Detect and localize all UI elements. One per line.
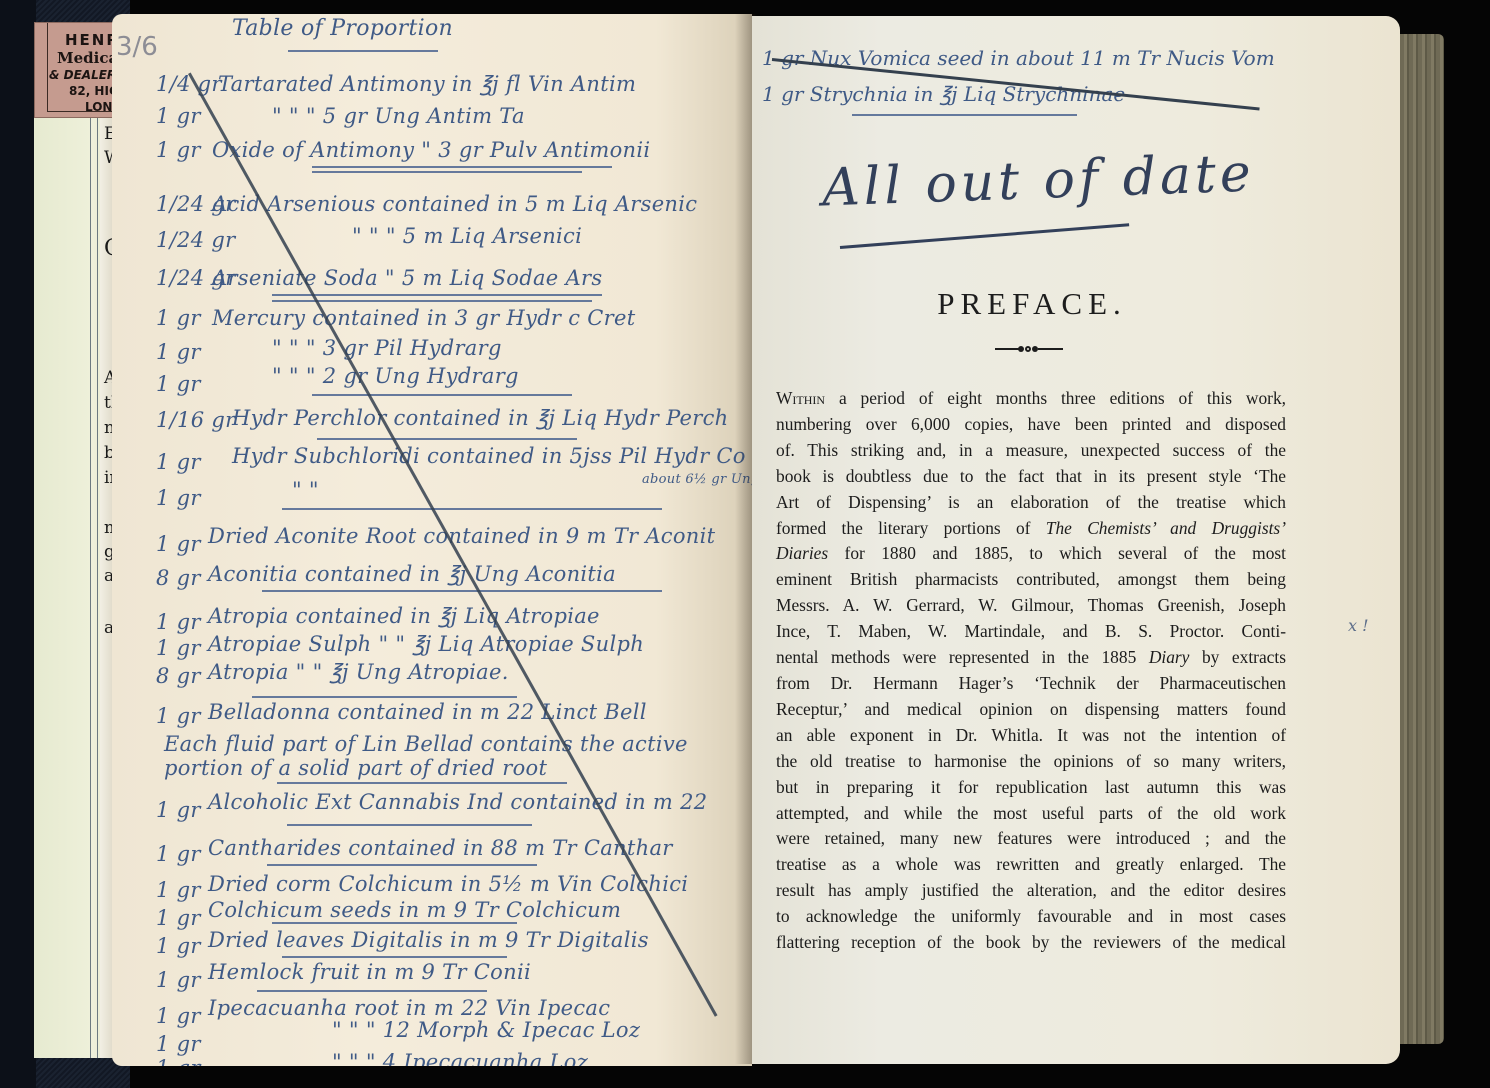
text-line: Receptur,’ and medical opinion on dispen… <box>776 697 1286 723</box>
entry-text: " " " 5 gr Ung Antim Ta <box>272 104 525 128</box>
ornament-divider <box>995 346 1063 352</box>
underline <box>287 824 532 826</box>
entry-dose: 8 gr <box>156 664 201 688</box>
underline <box>272 922 517 924</box>
label-line: Medica <box>57 49 118 67</box>
entry-text: " " " 2 gr Ung Hydrarg <box>272 364 519 388</box>
page-edges <box>1400 34 1444 1044</box>
text-line: result has amply justified the alteratio… <box>776 878 1286 904</box>
underline <box>312 394 572 396</box>
text-line: flattering reception of the book by the … <box>776 930 1286 956</box>
text-line: Messrs. A. W. Gerrard, W. Gilmour, Thoma… <box>776 593 1286 619</box>
struck-note: 1 gr Strychnia in ℥j Liq Strychninae <box>762 82 1125 106</box>
entry-text: Dried leaves Digitalis in m 9 Tr Digital… <box>208 928 649 952</box>
entry-text: Colchicum seeds in m 9 Tr Colchicum <box>208 898 621 922</box>
entry-text: Ipecacuanha root in m 22 Vin Ipecac <box>208 996 610 1020</box>
label-line: LON <box>85 100 112 114</box>
handwritten-annotation: All out of date <box>821 143 1255 218</box>
margin-mark: x ! <box>1348 616 1369 635</box>
entry-dose: 1 gr <box>156 704 201 728</box>
entry-dose: 1 gr <box>156 104 201 128</box>
entry-text: Tartarated Antimony in ℥j fl Vin Antim <box>218 72 636 96</box>
pencil-page-number: 3/6 <box>116 32 158 62</box>
preface-body: Within a period of eight months three ed… <box>776 386 1286 956</box>
text-line: an able exponent in Dr. Whitla. It was n… <box>776 723 1286 749</box>
entry-text: Atropia " " ℥j Ung Atropiae. <box>208 660 509 684</box>
entry-dose: 1/24 gr <box>156 228 235 252</box>
text-line: book is doubtless due to the fact that i… <box>776 464 1286 490</box>
underline <box>282 956 507 958</box>
underline <box>312 166 612 168</box>
text-line: the old treatise to harmonise the opinio… <box>776 749 1286 775</box>
underline <box>277 782 567 784</box>
entry-dose: 1 gr <box>156 372 201 396</box>
entry-dose: 1 gr <box>156 340 201 364</box>
annotation-underline <box>840 223 1129 249</box>
entry-text: Hemlock fruit in m 9 Tr Conii <box>208 960 531 984</box>
text-line: but in preparing it for republication la… <box>776 775 1286 801</box>
cover-spine-edge <box>0 0 36 1088</box>
text-line: Diaries for 1880 and 1885, to which seve… <box>776 541 1286 567</box>
entry-text: Arseniate Soda " 5 m Liq Sodae Ars <box>212 266 602 290</box>
printed-page: 1 gr Nux Vomica seed in about 11 m Tr Nu… <box>752 16 1400 1064</box>
text-line: eminent British pharmacists contributed,… <box>776 567 1286 593</box>
underline <box>288 50 438 52</box>
entry-dose: 1 gr <box>156 1032 201 1056</box>
entry-dose: 1 gr <box>156 306 201 330</box>
entry-text: Dried Aconite Root contained in 9 m Tr A… <box>208 524 715 548</box>
entry-text: Aconitia contained in ℥j Ung Aconitia <box>208 562 616 586</box>
underline <box>317 438 577 440</box>
endpaper-rule <box>90 118 91 1058</box>
entry-dose: 1 gr <box>156 968 201 992</box>
entry-dose: 1 gr <box>156 610 201 634</box>
text-line: of. This striking and, in a measure, une… <box>776 438 1286 464</box>
entry-text: portion of a solid part of dried root <box>164 756 547 780</box>
entry-dose: 1 gr <box>156 1056 201 1066</box>
entry-text: " " " 3 gr Pil Hydrarg <box>272 336 502 360</box>
text-line: nental methods were represented in the 1… <box>776 645 1286 671</box>
entry-dose: 1 gr <box>156 450 201 474</box>
entry-dose: 1 gr <box>156 486 201 510</box>
entry-text: Each fluid part of Lin Bellad contains t… <box>164 732 688 756</box>
text-line: numbering over 6,000 copies, have been p… <box>776 412 1286 438</box>
entry-dose: 1 gr <box>156 138 201 162</box>
entry-text: Dried corm Colchicum in 5½ m Vin Colchic… <box>208 872 688 896</box>
handwritten-page: 3/6 Table of Proportion 1/4 gr Tartarate… <box>112 14 752 1066</box>
underline <box>252 696 517 698</box>
entry-dose: 8 gr <box>156 566 201 590</box>
entry-dose: 1 gr <box>156 934 201 958</box>
text-line: attempted, and while the most useful par… <box>776 801 1286 827</box>
underline <box>852 114 1077 116</box>
underline <box>262 590 662 592</box>
entry-dose: 1 gr <box>156 532 201 556</box>
underline <box>282 508 662 510</box>
label-line: & DEALER <box>49 68 116 82</box>
underline <box>257 990 487 992</box>
entry-text: Acid Arsenious contained in 5 m Liq Arse… <box>212 192 697 216</box>
entry-dose: 1 gr <box>156 1004 201 1028</box>
underline <box>272 300 592 302</box>
entry-text: Hydr Perchlor contained in ℥j Liq Hydr P… <box>232 406 729 430</box>
entry-text: " " " 4 Ipecacuanha Loz <box>332 1050 588 1066</box>
text-line: formed the literary portions of The Chem… <box>776 516 1286 542</box>
text-line: from Dr. Hermann Hager’s ‘Technik der Ph… <box>776 671 1286 697</box>
underline <box>272 294 602 296</box>
entry-text: " " " 12 Morph & Ipecac Loz <box>332 1018 640 1042</box>
entry-dose: 1 gr <box>156 906 201 930</box>
text-line: were retained, many new features were in… <box>776 826 1286 852</box>
entry-text: Oxide of Antimony " 3 gr Pulv Antimonii <box>212 138 650 162</box>
entry-dose: 1 gr <box>156 842 201 866</box>
entry-text: Atropiae Sulph " " ℥j Liq Atropiae Sulph <box>208 632 644 656</box>
underline <box>267 864 537 866</box>
page-title: PREFACE. <box>752 286 1312 322</box>
entry-text: Atropia contained in ℥j Liq Atropiae <box>208 604 600 628</box>
entry-text: Cantharides contained in 88 m Tr Canthar <box>208 836 673 860</box>
text-line: Art of Dispensing’ is an elaboration of … <box>776 490 1286 516</box>
entry-text: " " " 5 m Liq Arsenici <box>352 224 582 248</box>
entry-dose: 1 gr <box>156 636 201 660</box>
endpaper-rule <box>97 118 98 1058</box>
entry-text: Belladonna contained in m 22 Linct Bell <box>208 700 647 724</box>
text-line: treatise as a whole was rewritten and gr… <box>776 852 1286 878</box>
text-line: to acknowledge the uniformly favourable … <box>776 904 1286 930</box>
entry-dose: 1 gr <box>156 798 201 822</box>
entry-text: " " <box>292 478 319 502</box>
underline <box>312 171 582 173</box>
text-line: Ince, T. Maben, W. Martindale, and B. S.… <box>776 619 1286 645</box>
entry-dose: 1/16 gr <box>156 408 235 432</box>
table-heading: Table of Proportion <box>232 16 453 41</box>
entry-text: Alcoholic Ext Cannabis Ind contained in … <box>208 790 707 814</box>
entry-text: Mercury contained in 3 gr Hydr c Cret <box>212 306 635 330</box>
entry-dose: 1 gr <box>156 878 201 902</box>
entry-text: Hydr Subchloridi contained in 5jss Pil H… <box>232 444 746 468</box>
text-line: Within a period of eight months three ed… <box>776 386 1286 412</box>
